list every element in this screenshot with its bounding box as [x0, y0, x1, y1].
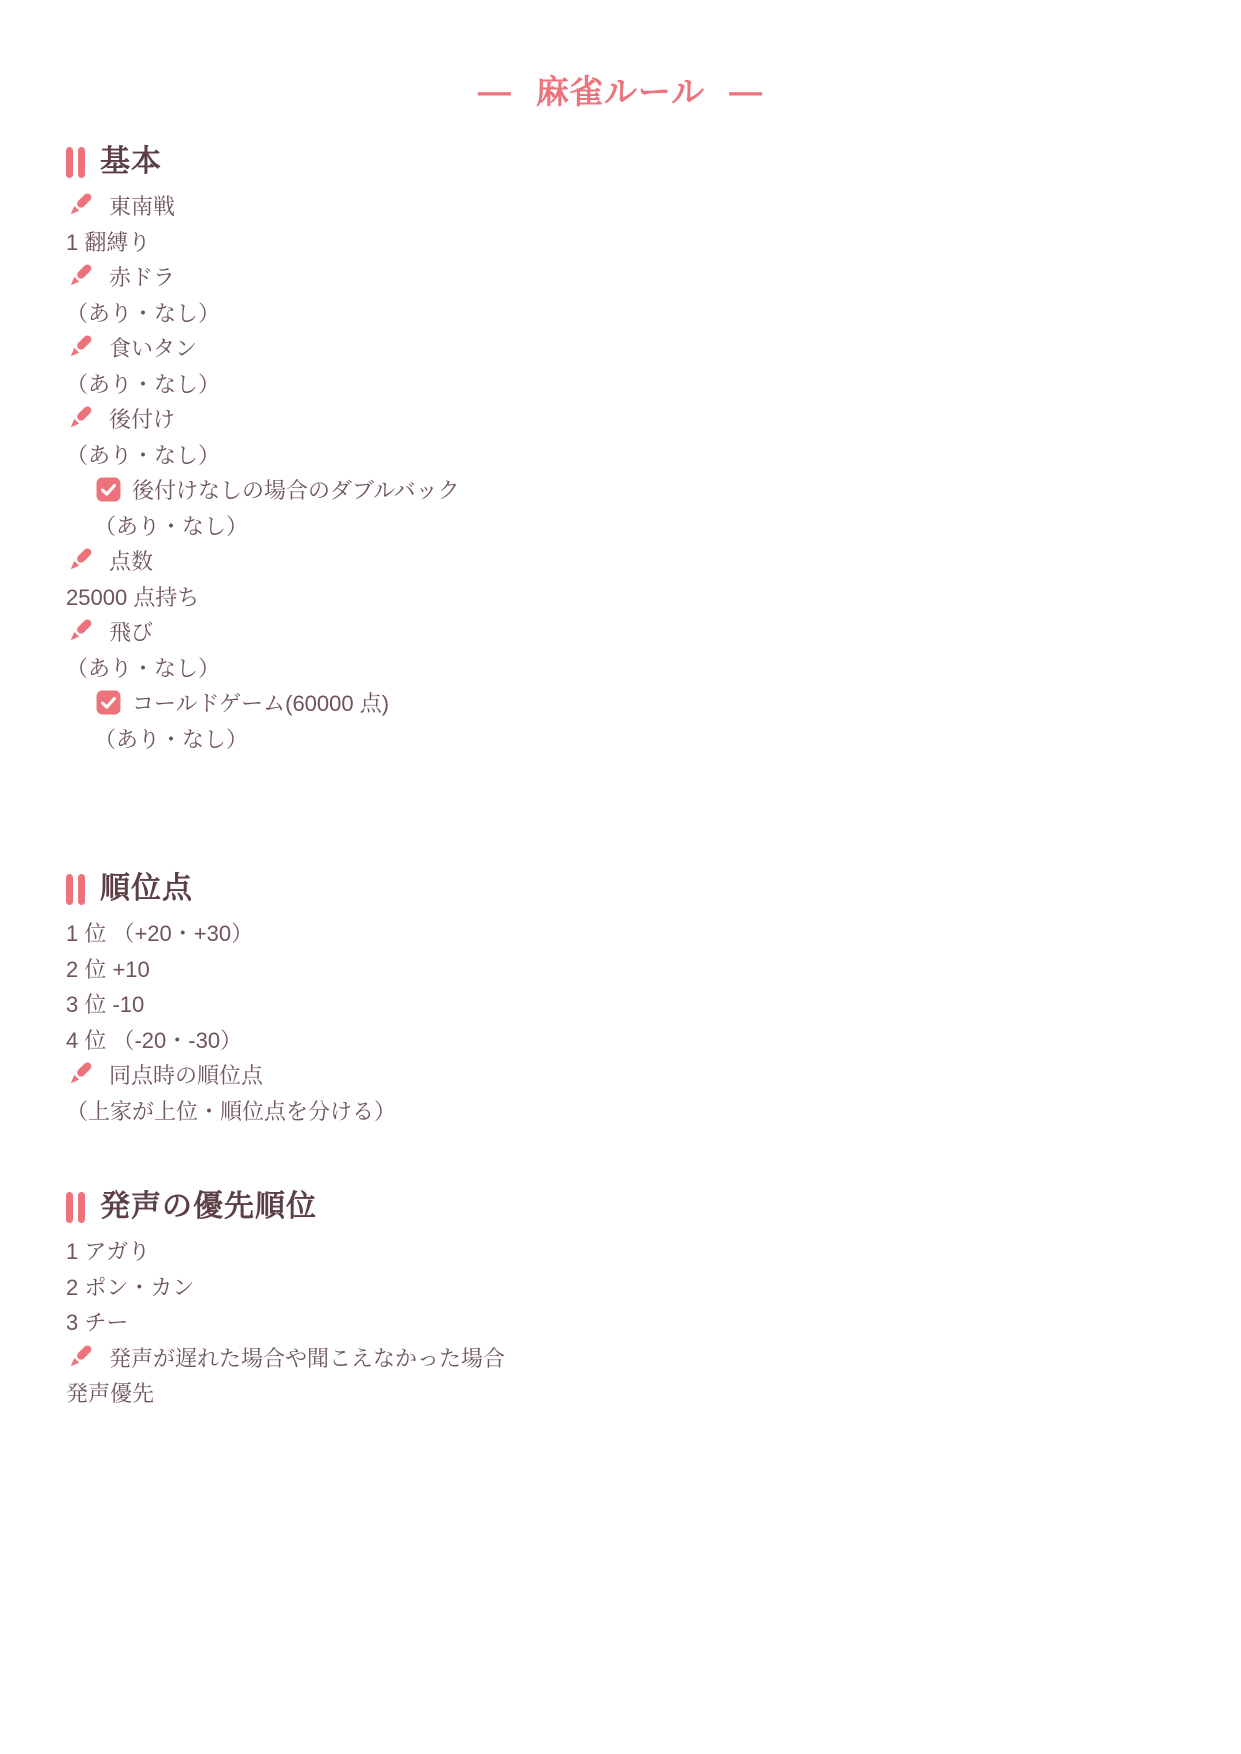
value-line: 1 位 （+20・+30） [66, 915, 1175, 951]
row-text: 3 チー [66, 1306, 128, 1337]
page-title-text: 麻雀ルール [536, 73, 705, 110]
row-text: コールドゲーム(60000 点) [132, 687, 389, 718]
section-heading-label: 発声の優先順位 [100, 1190, 317, 1224]
value-line: 25000 点持ち [66, 579, 1175, 615]
double-bar-icon [66, 874, 85, 905]
value-line: （あり・なし） [66, 437, 1175, 473]
row-text: 発声優先 [66, 1377, 154, 1408]
row-text: 1 翻縛り [66, 226, 150, 257]
pencil-icon [66, 1061, 93, 1088]
value-line: （上家が上位・順位点を分ける） [66, 1093, 1175, 1129]
pencil-icon [66, 618, 93, 645]
row-text: （あり・なし） [94, 723, 248, 754]
row-text: （あり・なし） [66, 297, 220, 328]
sections-container: 基本東南戦1 翻縛り赤ドラ（あり・なし）食いタン（あり・なし）後付け（あり・なし… [66, 145, 1175, 1411]
value-line: 3 位 -10 [66, 986, 1175, 1022]
pencil-icon [66, 547, 93, 574]
section-heading: 発声の優先順位 [66, 1190, 1175, 1224]
setting-item: 東南戦 [66, 188, 1175, 224]
row-text: 4 位 （-20・-30） [66, 1024, 242, 1055]
value-line: 3 チー [66, 1304, 1175, 1340]
pencil-icon [66, 405, 93, 432]
pencil-icon [66, 334, 93, 361]
row-text: 2 ポン・カン [66, 1271, 194, 1302]
value-line: 1 翻縛り [66, 224, 1175, 260]
row-text: 後付け [109, 403, 175, 434]
section-2: 順位点1 位 （+20・+30）2 位 +103 位 -104 位 （-20・-… [66, 872, 1175, 1128]
setting-item: 飛び [66, 614, 1175, 650]
value-line: （あり・なし） [66, 295, 1175, 331]
value-line: （あり・なし） [66, 508, 1175, 544]
pencil-icon [66, 192, 93, 219]
double-bar-icon [66, 1192, 85, 1223]
pencil-icon [66, 1344, 93, 1371]
checkbox-item[interactable]: コールドゲーム(60000 点) [66, 685, 1175, 721]
checkbox-item[interactable]: 後付けなしの場合のダブルバック [66, 472, 1175, 508]
setting-item: 食いタン [66, 330, 1175, 366]
row-text: 25000 点持ち [66, 581, 199, 612]
title-dash-right: — [729, 73, 763, 110]
double-bar-icon [66, 147, 85, 178]
setting-item: 同点時の順位点 [66, 1057, 1175, 1093]
page-title: —麻雀ルール— [66, 70, 1175, 114]
row-text: （あり・なし） [66, 368, 220, 399]
row-text: 同点時の順位点 [109, 1059, 263, 1090]
row-text: （あり・なし） [94, 510, 248, 541]
row-text: （あり・なし） [66, 439, 220, 470]
row-text: 食いタン [109, 332, 197, 363]
value-line: 発声優先 [66, 1375, 1175, 1411]
value-line: （あり・なし） [66, 721, 1175, 757]
row-text: 赤ドラ [109, 261, 175, 292]
section-heading: 順位点 [66, 872, 1175, 906]
value-line: 2 ポン・カン [66, 1269, 1175, 1305]
rules-document: —麻雀ルール— 基本東南戦1 翻縛り赤ドラ（あり・なし）食いタン（あり・なし）後… [0, 0, 1241, 1411]
setting-item: 発声が遅れた場合や聞こえなかった場合 [66, 1340, 1175, 1376]
value-line: 1 アガり [66, 1233, 1175, 1269]
row-text: 1 アガり [66, 1235, 150, 1266]
row-text: 東南戦 [109, 190, 175, 221]
section-3: 発声の優先順位1 アガり2 ポン・カン3 チー発声が遅れた場合や聞こえなかった場… [66, 1190, 1175, 1411]
value-line: 4 位 （-20・-30） [66, 1022, 1175, 1058]
row-text: （上家が上位・順位点を分ける） [66, 1095, 396, 1126]
section-1: 基本東南戦1 翻縛り赤ドラ（あり・なし）食いタン（あり・なし）後付け（あり・なし… [66, 145, 1175, 756]
row-text: 点数 [109, 545, 153, 576]
row-text: 飛び [109, 616, 153, 647]
row-text: 2 位 +10 [66, 953, 150, 984]
section-heading: 基本 [66, 145, 1175, 179]
row-text: 1 位 （+20・+30） [66, 917, 253, 948]
section-heading-label: 基本 [100, 145, 162, 179]
pencil-icon [66, 263, 93, 290]
section-rows: 東南戦1 翻縛り赤ドラ（あり・なし）食いタン（あり・なし）後付け（あり・なし）後… [66, 188, 1175, 756]
row-text: （あり・なし） [66, 652, 220, 683]
value-line: （あり・なし） [66, 650, 1175, 686]
setting-item: 後付け [66, 401, 1175, 437]
section-heading-label: 順位点 [100, 872, 193, 906]
setting-item: 赤ドラ [66, 259, 1175, 295]
section-rows: 1 アガり2 ポン・カン3 チー発声が遅れた場合や聞こえなかった場合発声優先 [66, 1233, 1175, 1411]
checkbox-checked-icon[interactable] [96, 690, 121, 715]
value-line: （あり・なし） [66, 366, 1175, 402]
row-text: 後付けなしの場合のダブルバック [132, 474, 460, 505]
value-line: 2 位 +10 [66, 951, 1175, 987]
setting-item: 点数 [66, 543, 1175, 579]
title-dash-left: — [478, 73, 512, 110]
checkbox-checked-icon[interactable] [96, 477, 121, 502]
row-text: 発声が遅れた場合や聞こえなかった場合 [109, 1342, 505, 1373]
row-text: 3 位 -10 [66, 988, 144, 1019]
section-rows: 1 位 （+20・+30）2 位 +103 位 -104 位 （-20・-30）… [66, 915, 1175, 1128]
